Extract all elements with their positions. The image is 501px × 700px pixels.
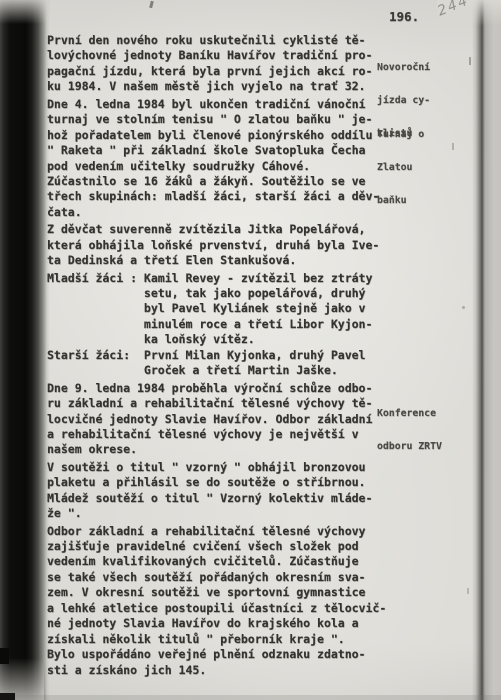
scan-speck: [462, 306, 465, 309]
scan-speck: [467, 588, 469, 594]
margin-note-line: baňku: [377, 195, 487, 206]
scan-speck: [469, 57, 471, 65]
text-line: plaketu a přihlásil se do soutěže o stří…: [47, 475, 447, 490]
scan-speck: [149, 1, 154, 9]
text-line: né jednoty Slavia Havířov do krajského k…: [47, 616, 447, 631]
text-line: Mládež soutěží o titul " Vzorný kolektiv…: [47, 491, 447, 506]
text-line: Groček a třetí Martin Jaške.: [47, 363, 447, 378]
text-line: ka loňský vítěz.: [47, 332, 447, 347]
text-line: Odbor základní a rehabilitační tělesné v…: [47, 524, 447, 539]
scan-corner-notch: [0, 648, 9, 664]
text-line: byl Pavel Kyliánek stejně jako v: [47, 301, 447, 316]
scan-bottom-bar: [0, 693, 15, 700]
text-line: zem. V okresní soutěži ve sportovní gymn…: [47, 585, 447, 600]
scan-edge-left: [0, 0, 50, 700]
text-line: která obhájila loňské prvenství, druhá b…: [47, 238, 447, 253]
scanned-page: 196. 244 První den nového roku uskutečni…: [0, 0, 501, 700]
text-line: ta Dedinská a třetí Elen Stankušová.: [47, 253, 447, 268]
page-number: 196.: [389, 9, 419, 24]
paragraph: Odbor základní a rehabilitační tělesné v…: [47, 524, 447, 678]
text-line: vedením kvalifikovaných cvičitelů. Zúčas…: [47, 554, 447, 569]
text-line: se také všech soutěží pořádaných okresní…: [47, 570, 447, 585]
scan-edge-left-top-fade: [0, 0, 50, 24]
scan-bottom-strip: [0, 695, 501, 700]
scan-speck: [452, 143, 454, 150]
margin-note-line: Turnaj o: [377, 129, 487, 140]
text-line: Starší žáci: První Milan Kyjonka, druhý …: [47, 348, 447, 363]
margin-note-turnaj-o-zlatou-banku: Turnaj o Zlatou baňku: [377, 107, 487, 228]
margin-note-line: odboru ZRTV: [377, 441, 487, 452]
margin-note-line: Konference: [377, 408, 487, 419]
text-line: získali několik titulů " přeborník kraje…: [47, 632, 447, 647]
margin-note-line: jízda cy-: [377, 95, 487, 106]
text-line: zajišťuje pravidelné cvičení všech slože…: [47, 539, 447, 554]
margin-note-konference-odboru-zrtv: Konference odboru ZRTV: [377, 386, 487, 474]
text-line: setu, tak jako popelářová, druhý: [47, 286, 447, 301]
text-line: Bylo uspořádáno veřejné plnění odznaku z…: [47, 647, 447, 662]
paragraph: Mladší žáci : Kamil Revey - zvítězil bez…: [47, 271, 447, 379]
text-line: že ".: [47, 506, 447, 521]
margin-note-line: Zlatou: [377, 162, 487, 173]
paragraph: Z děvčat suverenně zvítězila Jitka Popel…: [47, 222, 447, 268]
text-line: a lehké atletice postoupili účastníci z …: [47, 601, 447, 616]
text-line: sti a získáno jich 145.: [47, 663, 447, 678]
text-line: Mladší žáci : Kamil Revey - zvítězil bez…: [47, 271, 447, 286]
text-line: minulém roce a třetí Libor Kyjon-: [47, 317, 447, 332]
